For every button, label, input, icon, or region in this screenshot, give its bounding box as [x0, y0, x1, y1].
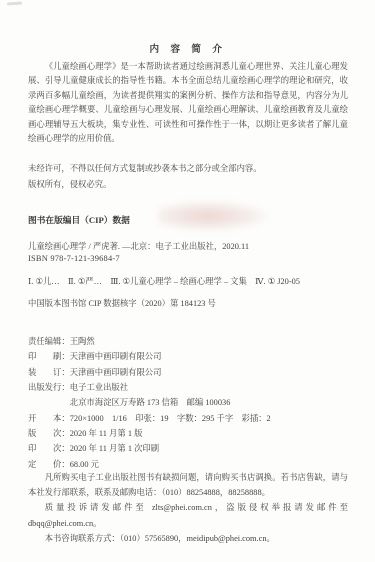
colophon-label: 开 本：: [28, 414, 70, 423]
scan-corner-mark: [7, 1, 22, 5]
colophon-row-editor: 责任编辑：王陶然: [28, 334, 348, 349]
colophon-label: 责任编辑：: [28, 337, 70, 346]
reader-service-notes: 凡所购买电子工业出版社图书有缺损问题，请向购买书店调换。若书店售缺，请与本社发行…: [28, 470, 348, 546]
isbn-line: ISBN 978-7-121-39684-7: [28, 253, 348, 263]
colophon-label: 印 刷：: [28, 352, 70, 361]
colophon-label: 装 订：: [28, 368, 70, 377]
content-summary-paragraph: 《儿童绘画心理学》是一本帮助读者通过绘画洞悉儿童心理世界、关注儿童心理发展、引导…: [28, 60, 348, 147]
colophon-value: 2020 年 11 月第 1 版: [70, 429, 143, 438]
colophon-value: 68.00 元: [70, 460, 99, 469]
colophon-value: 2020 年 11 月第 1 次印刷: [70, 444, 159, 453]
cip-classification-line: Ⅰ. ①儿… Ⅱ. ①严… Ⅲ. ①儿童心理学 – 绘画心理学 – 文集 Ⅳ. …: [28, 275, 348, 287]
colophon-label: 出版发行：: [28, 383, 70, 392]
colophon-value: 王陶然: [70, 337, 95, 346]
colophon-row-edition: 版 次：2020 年 11 月第 1 版: [28, 426, 348, 441]
colophon-label: 印 次：: [28, 444, 70, 453]
colophon-block: 责任编辑：王陶然 印 刷：天津画中画印刷有限公司 装 订：天津画中画印刷有限公司…: [28, 334, 348, 472]
cip-title-line: 儿童绘画心理学 / 严虎著. —北京：电子工业出版社，2020.11: [28, 240, 348, 252]
note-quality-complaint: 质量投诉请发邮件至 zlts@phei.com.cn，盗版侵权举报请发邮件至 d…: [28, 500, 348, 530]
colophon-value: 天津画中画印刷有限公司: [70, 352, 162, 361]
colophon-row-format: 开 本：720×1000 1/16 印张：19 字数：295 千字 彩插：2: [28, 411, 348, 426]
book-copyright-page: 内 容 简 介 《儿童绘画心理学》是一本帮助读者通过绘画洞悉儿童心理世界、关注儿…: [0, 0, 375, 562]
colophon-row-printer: 印 刷：天津画中画印刷有限公司: [28, 349, 348, 364]
colophon-label: 定 价：: [28, 460, 70, 469]
colophon-row-publisher-address: 北京市海淀区万寿路 173 信箱 邮编 100036: [28, 395, 348, 410]
section-title-content-summary: 内 容 简 介: [28, 41, 348, 55]
copyright-notice: 未经许可，不得以任何方式复制或抄袭本书之部分或全部内容。 版权所有，侵权必究。: [28, 161, 348, 192]
colophon-value: 电子工业出版社: [70, 383, 128, 392]
copyright-notice-line1: 未经许可，不得以任何方式复制或抄袭本书之部分或全部内容。: [28, 161, 348, 177]
cip-heading: 图书在版编目（CIP）数据: [28, 214, 348, 226]
colophon-value: 天津画中画印刷有限公司: [70, 368, 162, 377]
colophon-row-impression: 印 次：2020 年 11 月第 1 次印刷: [28, 441, 348, 456]
note-consultation-contact: 本书咨询联系方式：（010）57565890，meidipub@phei.com…: [28, 531, 348, 546]
copyright-notice-line2: 版权所有，侵权必究。: [28, 177, 348, 193]
colophon-row-publisher: 出版发行：电子工业出版社: [28, 380, 348, 395]
note-replacement-policy: 凡所购买电子工业出版社图书有缺损问题，请向购买书店调换。若书店售缺，请与本社发行…: [28, 470, 348, 500]
colophon-label: 版 次：: [28, 429, 70, 438]
colophon-value: 720×1000 1/16 印张：19 字数：295 千字 彩插：2: [70, 414, 271, 423]
colophon-value: 北京市海淀区万寿路 173 信箱 邮编 100036: [70, 398, 231, 407]
cip-record-number-line: 中国版本图书馆 CIP 数据核字（2020）第 184123 号: [28, 297, 348, 309]
colophon-row-binder: 装 订：天津画中画印刷有限公司: [28, 365, 348, 380]
